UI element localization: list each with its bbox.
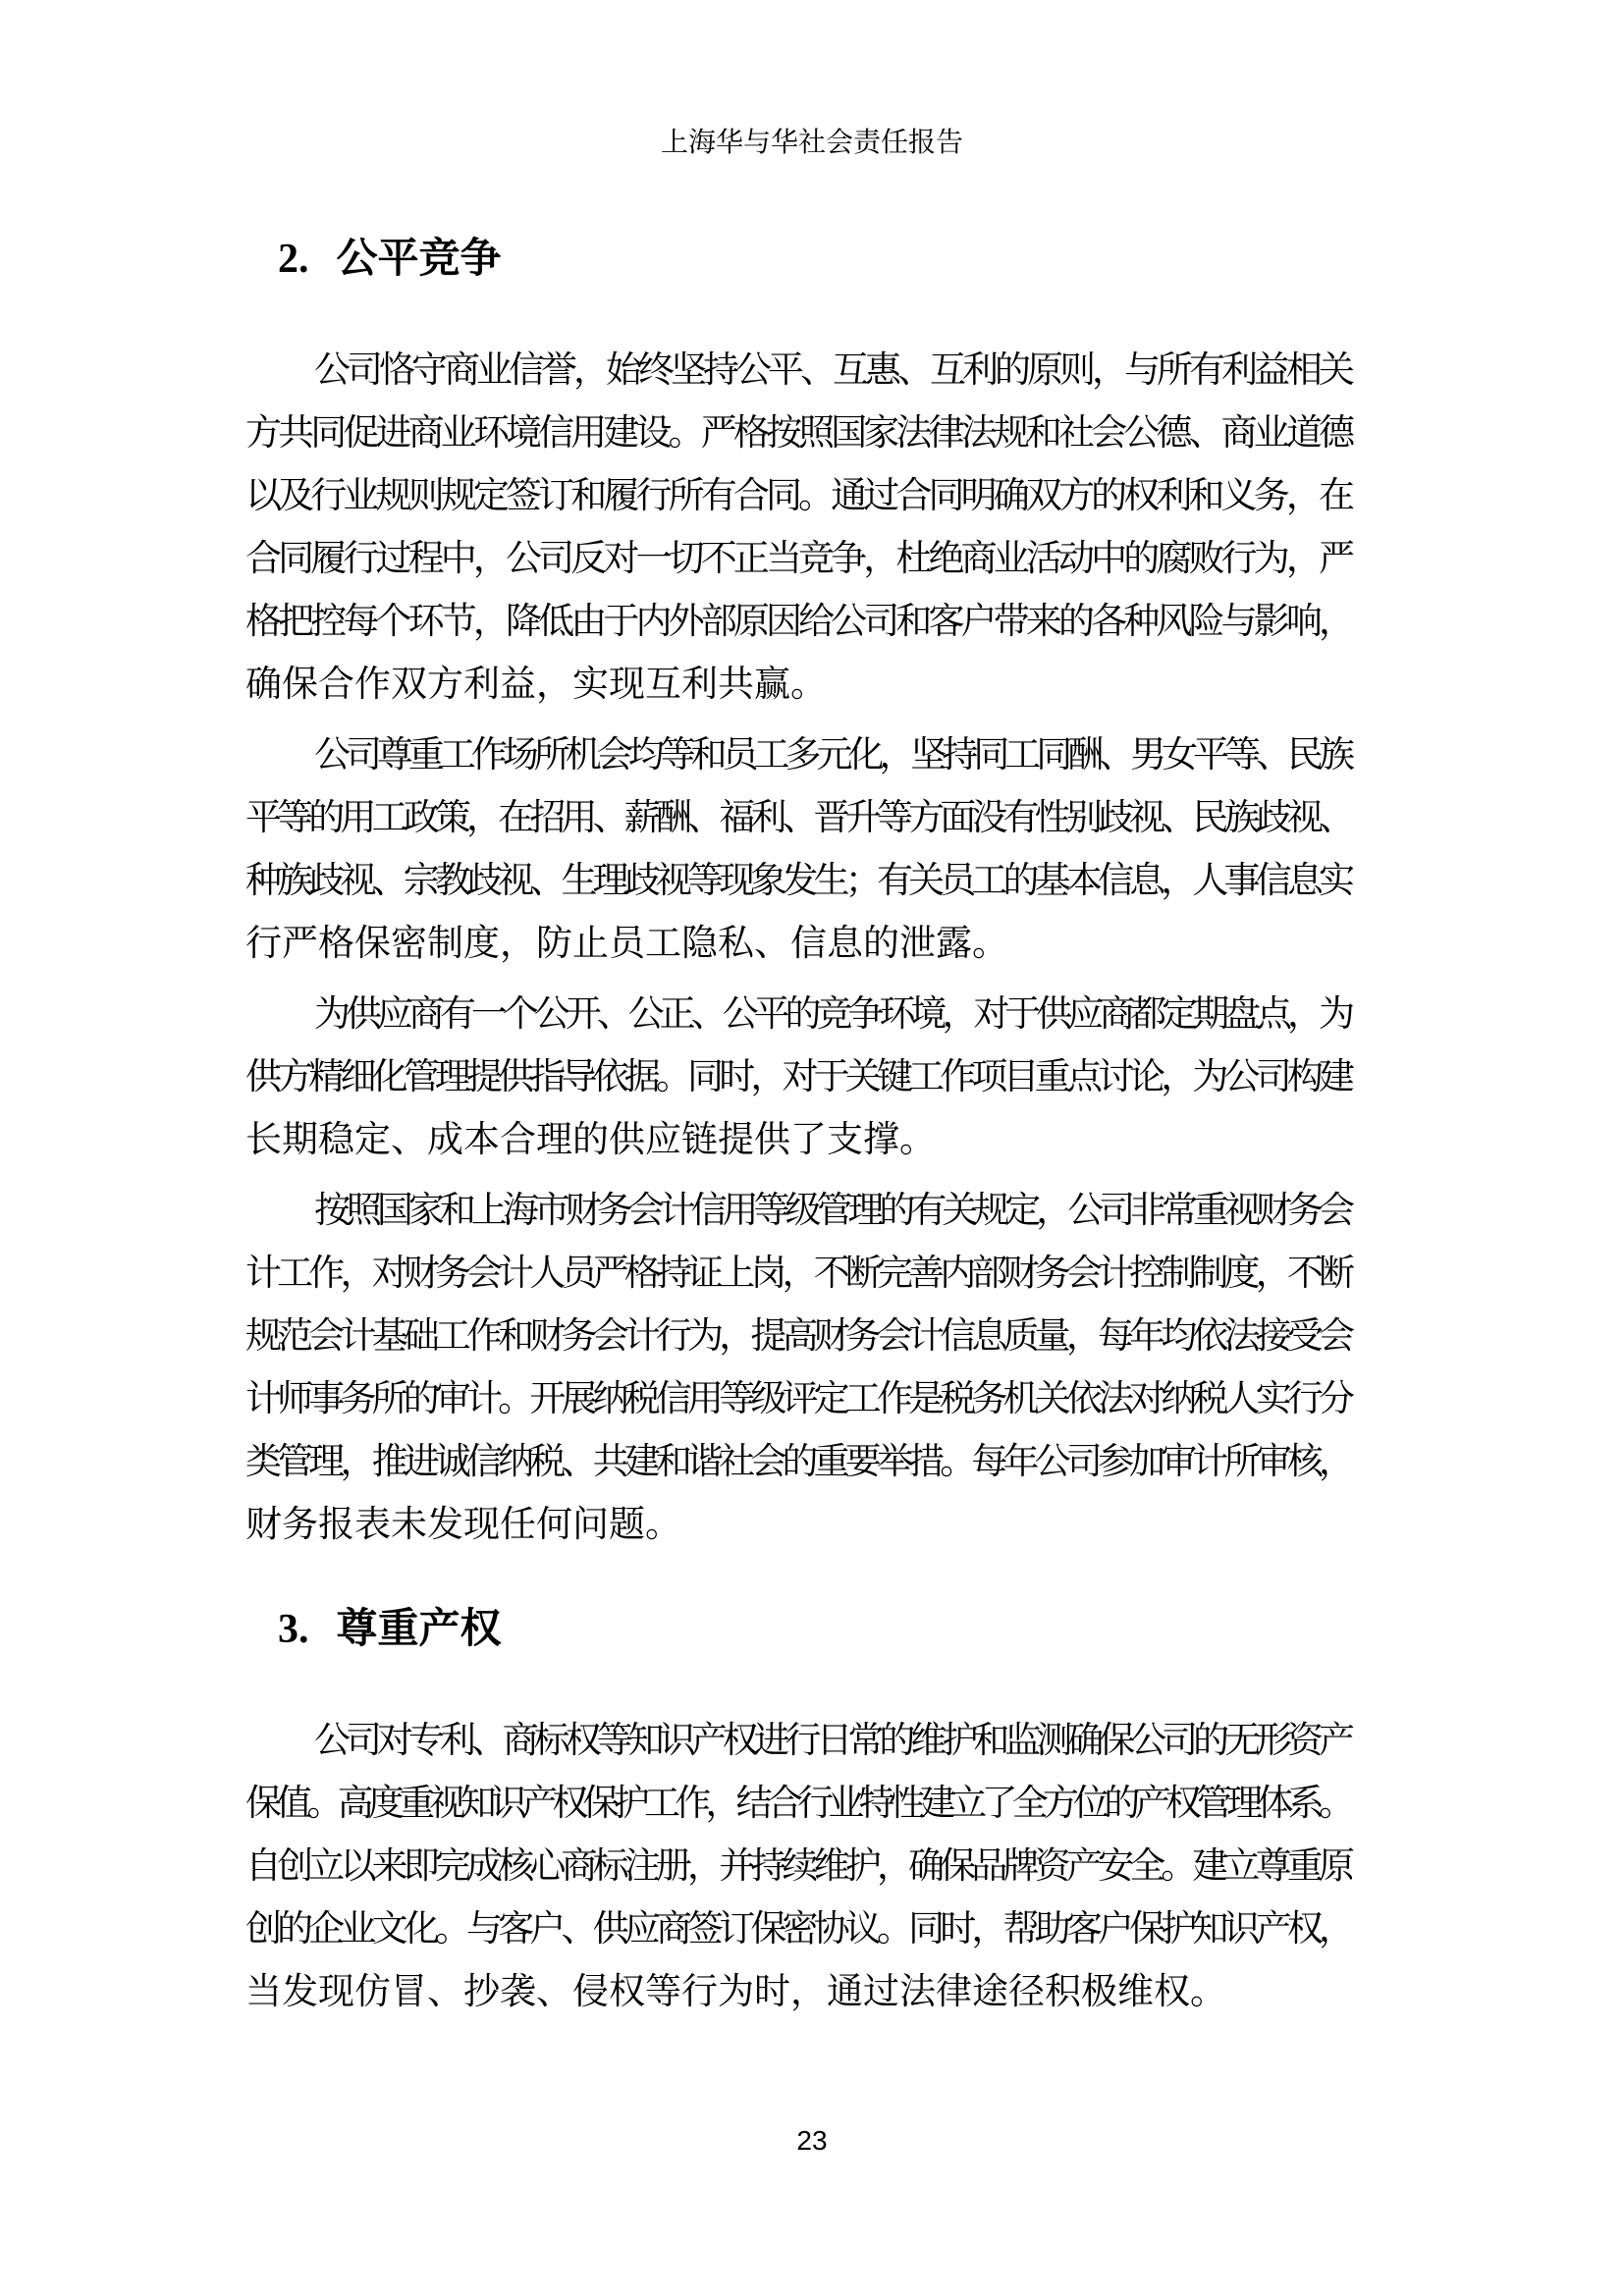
section-title: 公平竞争 xyxy=(337,237,502,282)
page-content: 2.公平竞争 公司恪守商业信誉，始终坚持公平、互惠、互利的原则，与所有利益相关 … xyxy=(245,0,1355,2024)
section-title: 尊重产权 xyxy=(337,1607,502,1652)
text-line: 公司恪守商业信誉，始终坚持公平、互惠、互利的原则，与所有利益相关 xyxy=(245,340,1355,402)
page-number: 23 xyxy=(0,2124,1624,2158)
text-line: 平等的用工政策，在招用、薪酬、福利、晋升等方面没有性别歧视、民族歧视、 xyxy=(245,787,1355,850)
text-line: 按照国家和上海市财务会计信用等级管理的有关规定，公司非常重视财务会 xyxy=(245,1180,1355,1243)
text-line: 规范会计基础工作和财务会计行为，提高财务会计信息质量，每年均依法接受会 xyxy=(245,1306,1355,1368)
text-line: 确保合作双方利益，实现互利共赢。 xyxy=(245,654,1355,717)
paragraph: 公司恪守商业信誉，始终坚持公平、互惠、互利的原则，与所有利益相关 方共同促进商业… xyxy=(245,340,1355,717)
section-heading-fair-competition: 2.公平竞争 xyxy=(278,234,1355,285)
text-line: 行严格保密制度，防止员工隐私、信息的泄露。 xyxy=(245,913,1355,976)
text-line: 创的企业文化。与客户、供应商签订保密协议。同时，帮助客户保护知识产权， xyxy=(245,1898,1355,1961)
section-number: 3. xyxy=(278,1604,309,1655)
text-line: 方共同促进商业环境信用建设。严格按照国家法律法规和社会公德、商业道德 xyxy=(245,402,1355,465)
text-line: 计工作，对财务会计人员严格持证上岗，不断完善内部财务会计控制制度，不断 xyxy=(245,1243,1355,1306)
paragraph: 公司对专利、商标权等知识产权进行日常的维护和监测确保公司的无形资产 保值。高度重… xyxy=(245,1710,1355,2024)
text-line: 财务报表未发现任何问题。 xyxy=(245,1494,1355,1557)
text-line: 为供应商有一个公开、公正、公平的竞争环境，对于供应商都定期盘点，为 xyxy=(245,984,1355,1046)
text-line: 以及行业规则规定签订和履行所有合同。通过合同明确双方的权利和义务，在 xyxy=(245,465,1355,528)
text-line: 公司尊重工作场所机会均等和员工多元化，坚持同工同酬、男女平等、民族 xyxy=(245,724,1355,787)
text-line: 自创立以来即完成核心商标注册，并持续维护，确保品牌资产安全。建立尊重原 xyxy=(245,1836,1355,1898)
paragraph: 公司尊重工作场所机会均等和员工多元化，坚持同工同酬、男女平等、民族 平等的用工政… xyxy=(245,724,1355,976)
text-line: 合同履行过程中，公司反对一切不正当竞争，杜绝商业活动中的腐败行为，严 xyxy=(245,528,1355,591)
document-page: 上海华与华社会责任报告 2.公平竞争 公司恪守商业信誉，始终坚持公平、互惠、互利… xyxy=(0,0,1624,2296)
section-number: 2. xyxy=(278,234,309,285)
paragraph: 按照国家和上海市财务会计信用等级管理的有关规定，公司非常重视财务会 计工作，对财… xyxy=(245,1180,1355,1557)
text-line: 计师事务所的审计。开展纳税信用等级评定工作是税务机关依法对纳税人实行分 xyxy=(245,1368,1355,1431)
text-line: 长期稳定、成本合理的供应链提供了支撑。 xyxy=(245,1109,1355,1172)
paragraph: 为供应商有一个公开、公正、公平的竞争环境，对于供应商都定期盘点，为 供方精细化管… xyxy=(245,984,1355,1172)
text-line: 种族歧视、宗教歧视、生理歧视等现象发生；有关员工的基本信息，人事信息实 xyxy=(245,850,1355,913)
text-line: 类管理，推进诚信纳税、共建和谐社会的重要举措。每年公司参加审计所审核， xyxy=(245,1431,1355,1494)
text-line: 当发现仿冒、抄袭、侵权等行为时，通过法律途径积极维权。 xyxy=(245,1961,1355,2024)
text-line: 供方精细化管理提供指导依据。同时，对于关键工作项目重点讨论，为公司构建 xyxy=(245,1046,1355,1109)
text-line: 格把控每个环节，降低由于内外部原因给公司和客户带来的各种风险与影响， xyxy=(245,591,1355,654)
text-line: 公司对专利、商标权等知识产权进行日常的维护和监测确保公司的无形资产 xyxy=(245,1710,1355,1773)
section-heading-respect-property-rights: 3.尊重产权 xyxy=(278,1604,1355,1655)
text-line: 保值。高度重视知识产权保护工作，结合行业特性建立了全方位的产权管理体系。 xyxy=(245,1773,1355,1836)
